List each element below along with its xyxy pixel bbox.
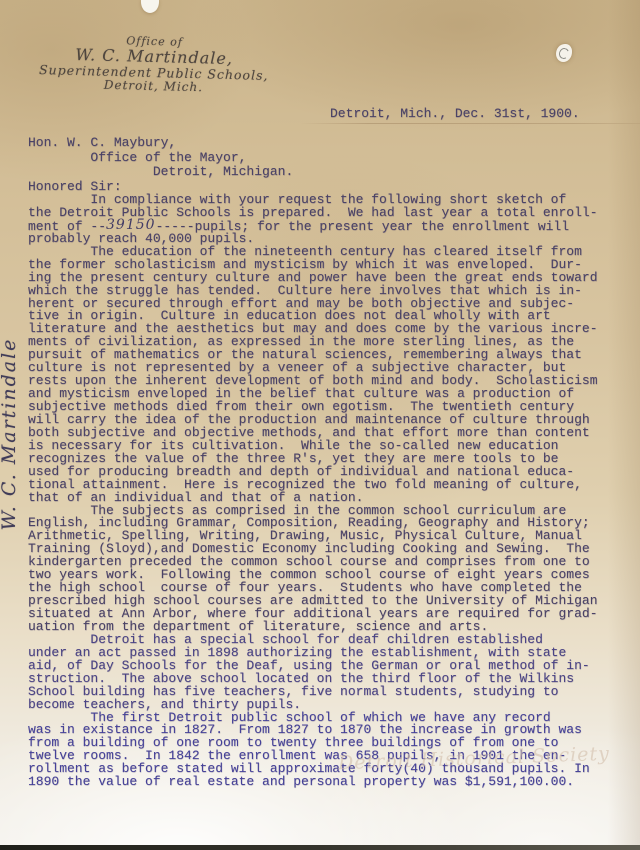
dateline: Detroit, Mich., Dec. 31st, 1900. [330, 106, 580, 121]
paper-tear [141, 0, 159, 13]
recipient-city: Detroit, Michigan. [28, 165, 628, 180]
margin-signature: W. C. Martindale [0, 284, 30, 584]
body-paragraph: The education of the nineteenth century … [28, 246, 628, 505]
scan-edge [0, 845, 640, 850]
handwritten-enrollment: 39150 [106, 217, 156, 233]
paper-hole [556, 44, 572, 62]
body-paragraph: The subjects as comprised in the common … [28, 505, 628, 634]
letterhead: Office of W. C. Martindale, Superintende… [27, 33, 280, 97]
recipient-name: Hon. W. C. Maybury, [28, 136, 628, 151]
letter-body: In compliance with your request the foll… [28, 194, 628, 789]
body-line: 1890 the value of real estate and person… [28, 776, 628, 789]
fold-crease [300, 123, 640, 124]
body-line: ment of --39150-----pupils; for the pres… [28, 220, 628, 233]
recipient-office: Office of the Mayor, [28, 151, 628, 166]
letter-page: Office of W. C. Martindale, Superintende… [0, 0, 640, 850]
body-paragraph: In compliance with your request the foll… [28, 194, 628, 246]
body-paragraph: Detroit has a special school for deaf ch… [28, 634, 628, 712]
letter-body-block: Hon. W. C. Maybury, Office of the Mayor,… [28, 136, 628, 789]
